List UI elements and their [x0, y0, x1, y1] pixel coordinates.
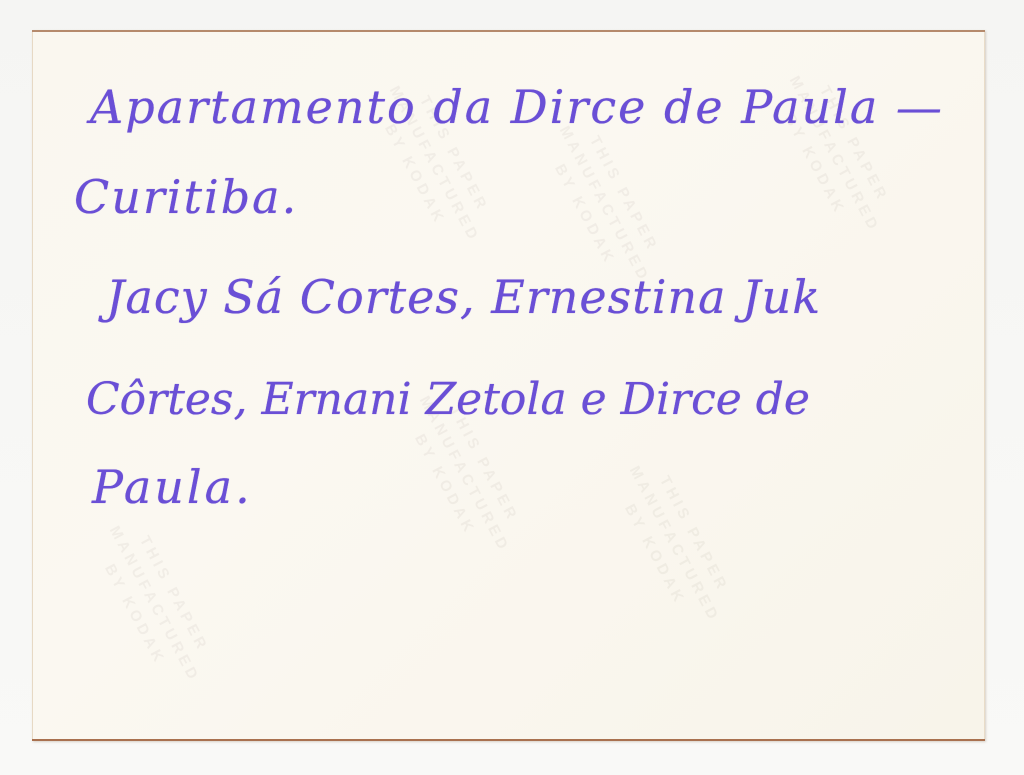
handwriting-line-3: Jacy Sá Cortes, Ernestina Juk — [106, 274, 821, 320]
handwriting-line-4: Côrtes, Ernani Zetola e Dirce de — [86, 378, 810, 422]
photo-card-back: THIS PAPER MANUFACTURED BY KODAK THIS PA… — [32, 30, 985, 741]
scan-background: THIS PAPER MANUFACTURED BY KODAK THIS PA… — [0, 0, 1024, 775]
kodak-watermark: THIS PAPER MANUFACTURED BY KODAK — [604, 452, 744, 637]
kodak-watermark: THIS PAPER MANUFACTURED BY KODAK — [84, 512, 224, 697]
handwriting-line-1: Apartamento da Dirce de Paula — — [90, 84, 944, 130]
handwriting-line-5: Paula. — [92, 464, 253, 510]
handwriting-line-2: Curitiba. — [74, 174, 298, 220]
